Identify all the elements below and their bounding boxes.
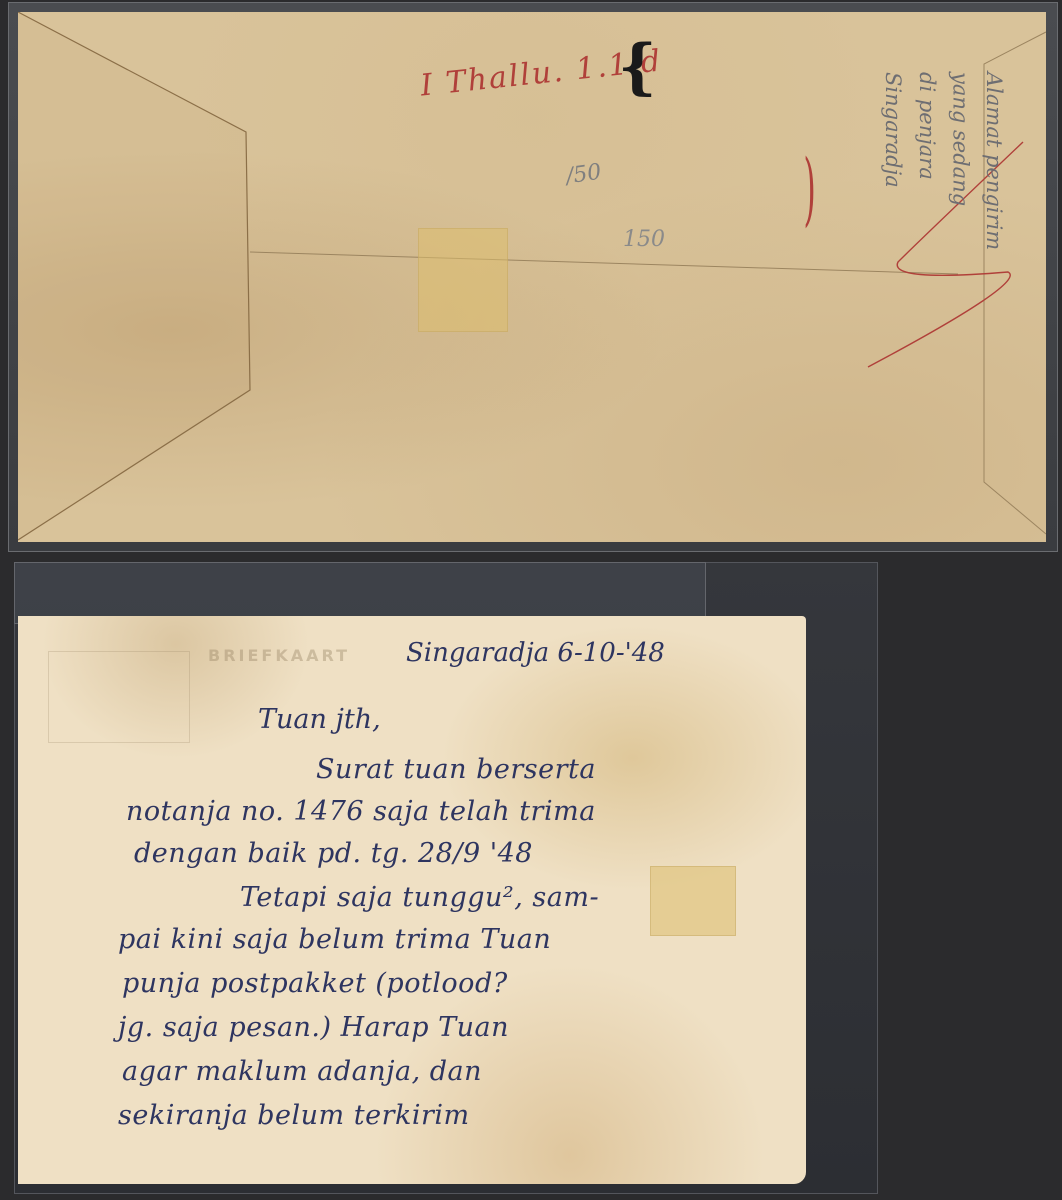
note-line: yang sedang (943, 72, 977, 542)
vertical-pencil-note: Alamat pengirim yang sedang di penjara S… (876, 72, 1010, 542)
pencil-number: 150 (623, 227, 665, 252)
note-line: Alamat pengirim (976, 72, 1010, 542)
postcard: BRIEFKAART Singaradja 6-10-'48 Tuan jth,… (18, 616, 806, 1184)
note-line: Singaradja (876, 72, 910, 542)
letter-line: punja postpakket (potlood? (122, 968, 508, 999)
black-ink-mark: { (618, 32, 657, 102)
greeting: Tuan jth, (258, 704, 381, 735)
letter-line: dengan baik pd. tg. 28/9 '48 (134, 838, 533, 869)
tape-strip (650, 866, 736, 936)
letter-line: jg. saja pesan.) Harap Tuan (118, 1012, 509, 1043)
letter-line: notanja no. 1476 saja telah trima (126, 796, 596, 827)
note-line: di penjara (909, 72, 943, 542)
faint-stamp-area (48, 651, 190, 743)
printed-header: BRIEFKAART (208, 646, 350, 665)
date-line: Singaradja 6-10-'48 (406, 638, 665, 668)
letter-line: Tetapi saja tunggu², sam- (240, 882, 599, 913)
pencil-annotation: /50 (564, 160, 603, 190)
letter-line: agar maklum adanja, dan (122, 1056, 482, 1087)
letter-line: pai kini saja belum trima Tuan (118, 924, 551, 955)
tape-strip (418, 228, 508, 332)
inner-sleeve-edge (14, 562, 706, 624)
envelope-back: I Thallu. 1.1.d { /50 150 ) Alamat pengi… (18, 12, 1046, 542)
letter-line: sekiranja belum terkirim (118, 1100, 470, 1131)
red-ink-stroke: ) (803, 142, 815, 235)
letter-line: Surat tuan berserta (316, 754, 596, 785)
